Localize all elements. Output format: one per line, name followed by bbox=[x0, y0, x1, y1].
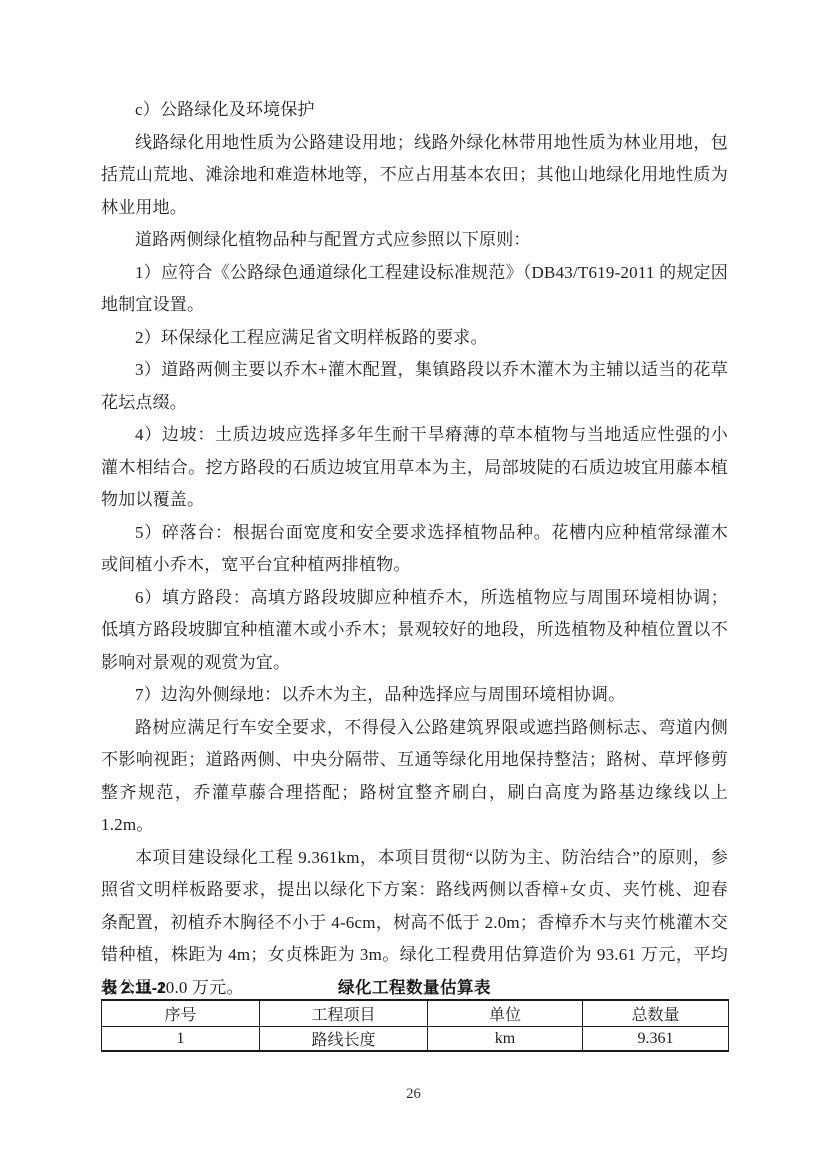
list-item-7: 7）边沟外侧绿地：以乔木为主，品种选择应与周围环境相协调。 bbox=[101, 679, 728, 712]
section-heading: c）公路绿化及环境保护 bbox=[101, 94, 728, 127]
list-item-2: 2）环保绿化工程应满足省文明样板路的要求。 bbox=[101, 322, 728, 355]
cell-item: 路线长度 bbox=[260, 1027, 428, 1052]
list-item-4: 4）边坡：土质边坡应选择多年生耐干旱瘠薄的草本植物与当地适应性强的小灌木相结合。… bbox=[101, 419, 728, 517]
list-item-1: 1）应符合《公路绿色通道绿化工程建设标准规范》（DB43/T619-2011 的… bbox=[101, 257, 728, 322]
header-cell-index: 序号 bbox=[102, 1000, 260, 1027]
list-item-6: 6）填方路段：高填方路段坡脚应种植乔木，所选植物应与周围环境相协调；低填方路段坡… bbox=[101, 582, 728, 680]
header-cell-item: 工程项目 bbox=[260, 1000, 428, 1027]
body-text: c）公路绿化及环境保护 线路绿化用地性质为公路建设用地；线路外绿化林带用地性质为… bbox=[101, 94, 728, 1004]
table-header-row: 序号 工程项目 单位 总数量 bbox=[102, 1000, 729, 1027]
table-caption: 表 2.11-2 绿化工程数量估算表 bbox=[101, 973, 728, 997]
cell-index: 1 bbox=[102, 1027, 260, 1052]
paragraph: 线路绿化用地性质为公路建设用地；线路外绿化林带用地性质为林业用地，包括荒山荒地、… bbox=[101, 127, 728, 225]
page-number: 26 bbox=[0, 1086, 827, 1103]
document-page: c）公路绿化及环境保护 线路绿化用地性质为公路建设用地；线路外绿化林带用地性质为… bbox=[0, 0, 827, 1169]
cell-unit: km bbox=[428, 1027, 583, 1052]
paragraph: 路树应满足行车安全要求，不得侵入公路建筑界限或遮挡路侧标志、弯道内侧不影响视距；… bbox=[101, 712, 728, 842]
header-cell-unit: 单位 bbox=[428, 1000, 583, 1027]
greening-quantity-table: 序号 工程项目 单位 总数量 1 路线长度 km 9.361 bbox=[101, 999, 729, 1052]
list-item-3: 3）道路两侧主要以乔木+灌木配置，集镇路段以乔木灌木为主辅以适当的花草花坛点缀。 bbox=[101, 354, 728, 419]
list-item-5: 5）碎落台：根据台面宽度和安全要求选择植物品种。花槽内应种植常绿灌木或间植小乔木… bbox=[101, 517, 728, 582]
cell-total: 9.361 bbox=[583, 1027, 729, 1052]
paragraph: 道路两侧绿化植物品种与配置方式应参照以下原则： bbox=[101, 224, 728, 257]
table-title: 绿化工程数量估算表 bbox=[101, 974, 728, 998]
table-row: 1 路线长度 km 9.361 bbox=[102, 1027, 729, 1052]
header-cell-total: 总数量 bbox=[583, 1000, 729, 1027]
